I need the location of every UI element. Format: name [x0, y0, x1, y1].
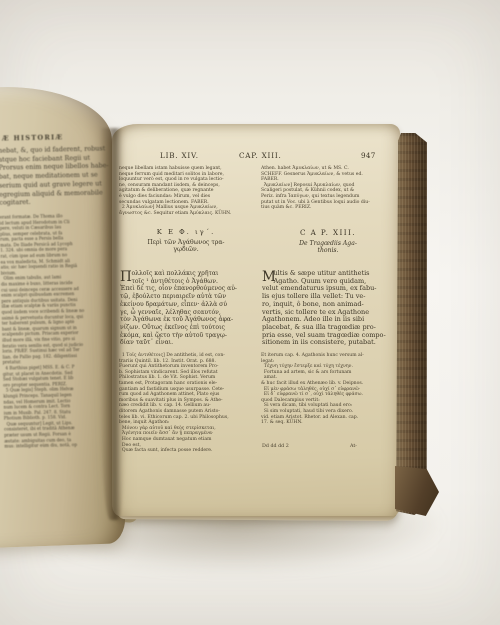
signature-mark: Dd dd dd 2 [262, 444, 289, 449]
greek-chapter-heading: Κ Ε Φ. ιγ´. Περὶ τῶν Ἀγάθωνος τρα-γῳδιῶν… [119, 228, 253, 254]
running-head-chapter: CAP. XIII. [239, 151, 282, 160]
left-page-footnotes: erant formatæ. De Thoma illoid lectum ap… [0, 212, 116, 449]
carryover-notes-left-column: neque libellam istam habuisse quem legan… [119, 166, 253, 216]
chapter-headings: Κ Ε Φ. ιγ´. Περὶ τῶν Ἀγάθωνος τρα-γῳδιῶν… [119, 228, 395, 254]
fore-edge-binding [396, 133, 427, 515]
latin-body-lines: ultis & sæpe utitur antithetisAgatho. Qu… [262, 270, 396, 347]
catchword: At- [350, 444, 357, 449]
latin-text-column: M ultis & sæpe utitur antithetisAgatho. … [262, 270, 396, 347]
kef-heading: Κ Ε Φ. ιγ´. [119, 228, 253, 236]
chapter-body: Π ολλοῖς καὶ πολλάκις χρῆταιτοῖς ¹ ἀντιθ… [120, 270, 398, 347]
footnotes-right-column: Et iterum cap. 4. Agathonis hunc versum … [261, 353, 395, 454]
latin-chapter-title: De Tragœdiis Aga-thonis. [261, 240, 395, 254]
latin-drop-cap: M [262, 271, 276, 285]
carryover-notes: neque libellam istam habuisse quem legan… [119, 166, 395, 216]
left-running-head: Æ HISTORIÆ [2, 132, 110, 142]
footnotes: 1 Τοῖς ἀντιθέτοις] De antithetis, id est… [119, 353, 395, 454]
cap-heading: C A P. XIII. [261, 228, 395, 237]
footnotes-left-column: 1 Τοῖς ἀντιθέτοις] De antithetis, id est… [119, 353, 253, 454]
greek-text-column: Π ολλοῖς καὶ πολλάκις χρῆταιτοῖς ¹ ἀντιθ… [120, 270, 254, 347]
left-page-body-text: nebat, &, quo id faderent, robustatque h… [0, 144, 111, 207]
greek-chapter-title: Περὶ τῶν Ἀγάθωνος τρα-γῳδιῶν. [119, 239, 253, 254]
greek-body-lines: ολλοῖς καὶ πολλάκις χρῆταιτοῖς ¹ ἀντιθέτ… [120, 270, 254, 347]
book-photo: Æ HISTORIÆ nebat, &, quo id faderent, ro… [0, 0, 500, 625]
left-page-content: Æ HISTORIÆ nebat, &, quo id faderent, ro… [0, 132, 116, 449]
carryover-notes-right-column: Athen. habet Ἀμυκλαίων, ut & MS. C.SCHEF… [261, 166, 395, 216]
running-head: LIB. XIV. CAP. XIII. 947 [112, 151, 400, 161]
right-page: LIB. XIV. CAP. XIII. 947 neque libellam … [112, 124, 400, 516]
latin-chapter-heading: C A P. XIII. De Tragœdiis Aga-thonis. [261, 228, 395, 254]
running-head-book: LIB. XIV. [160, 151, 199, 160]
signature-line: Dd dd dd 2 At- [262, 444, 398, 449]
page-number: 947 [361, 151, 376, 160]
gutter-shadow [100, 128, 126, 520]
